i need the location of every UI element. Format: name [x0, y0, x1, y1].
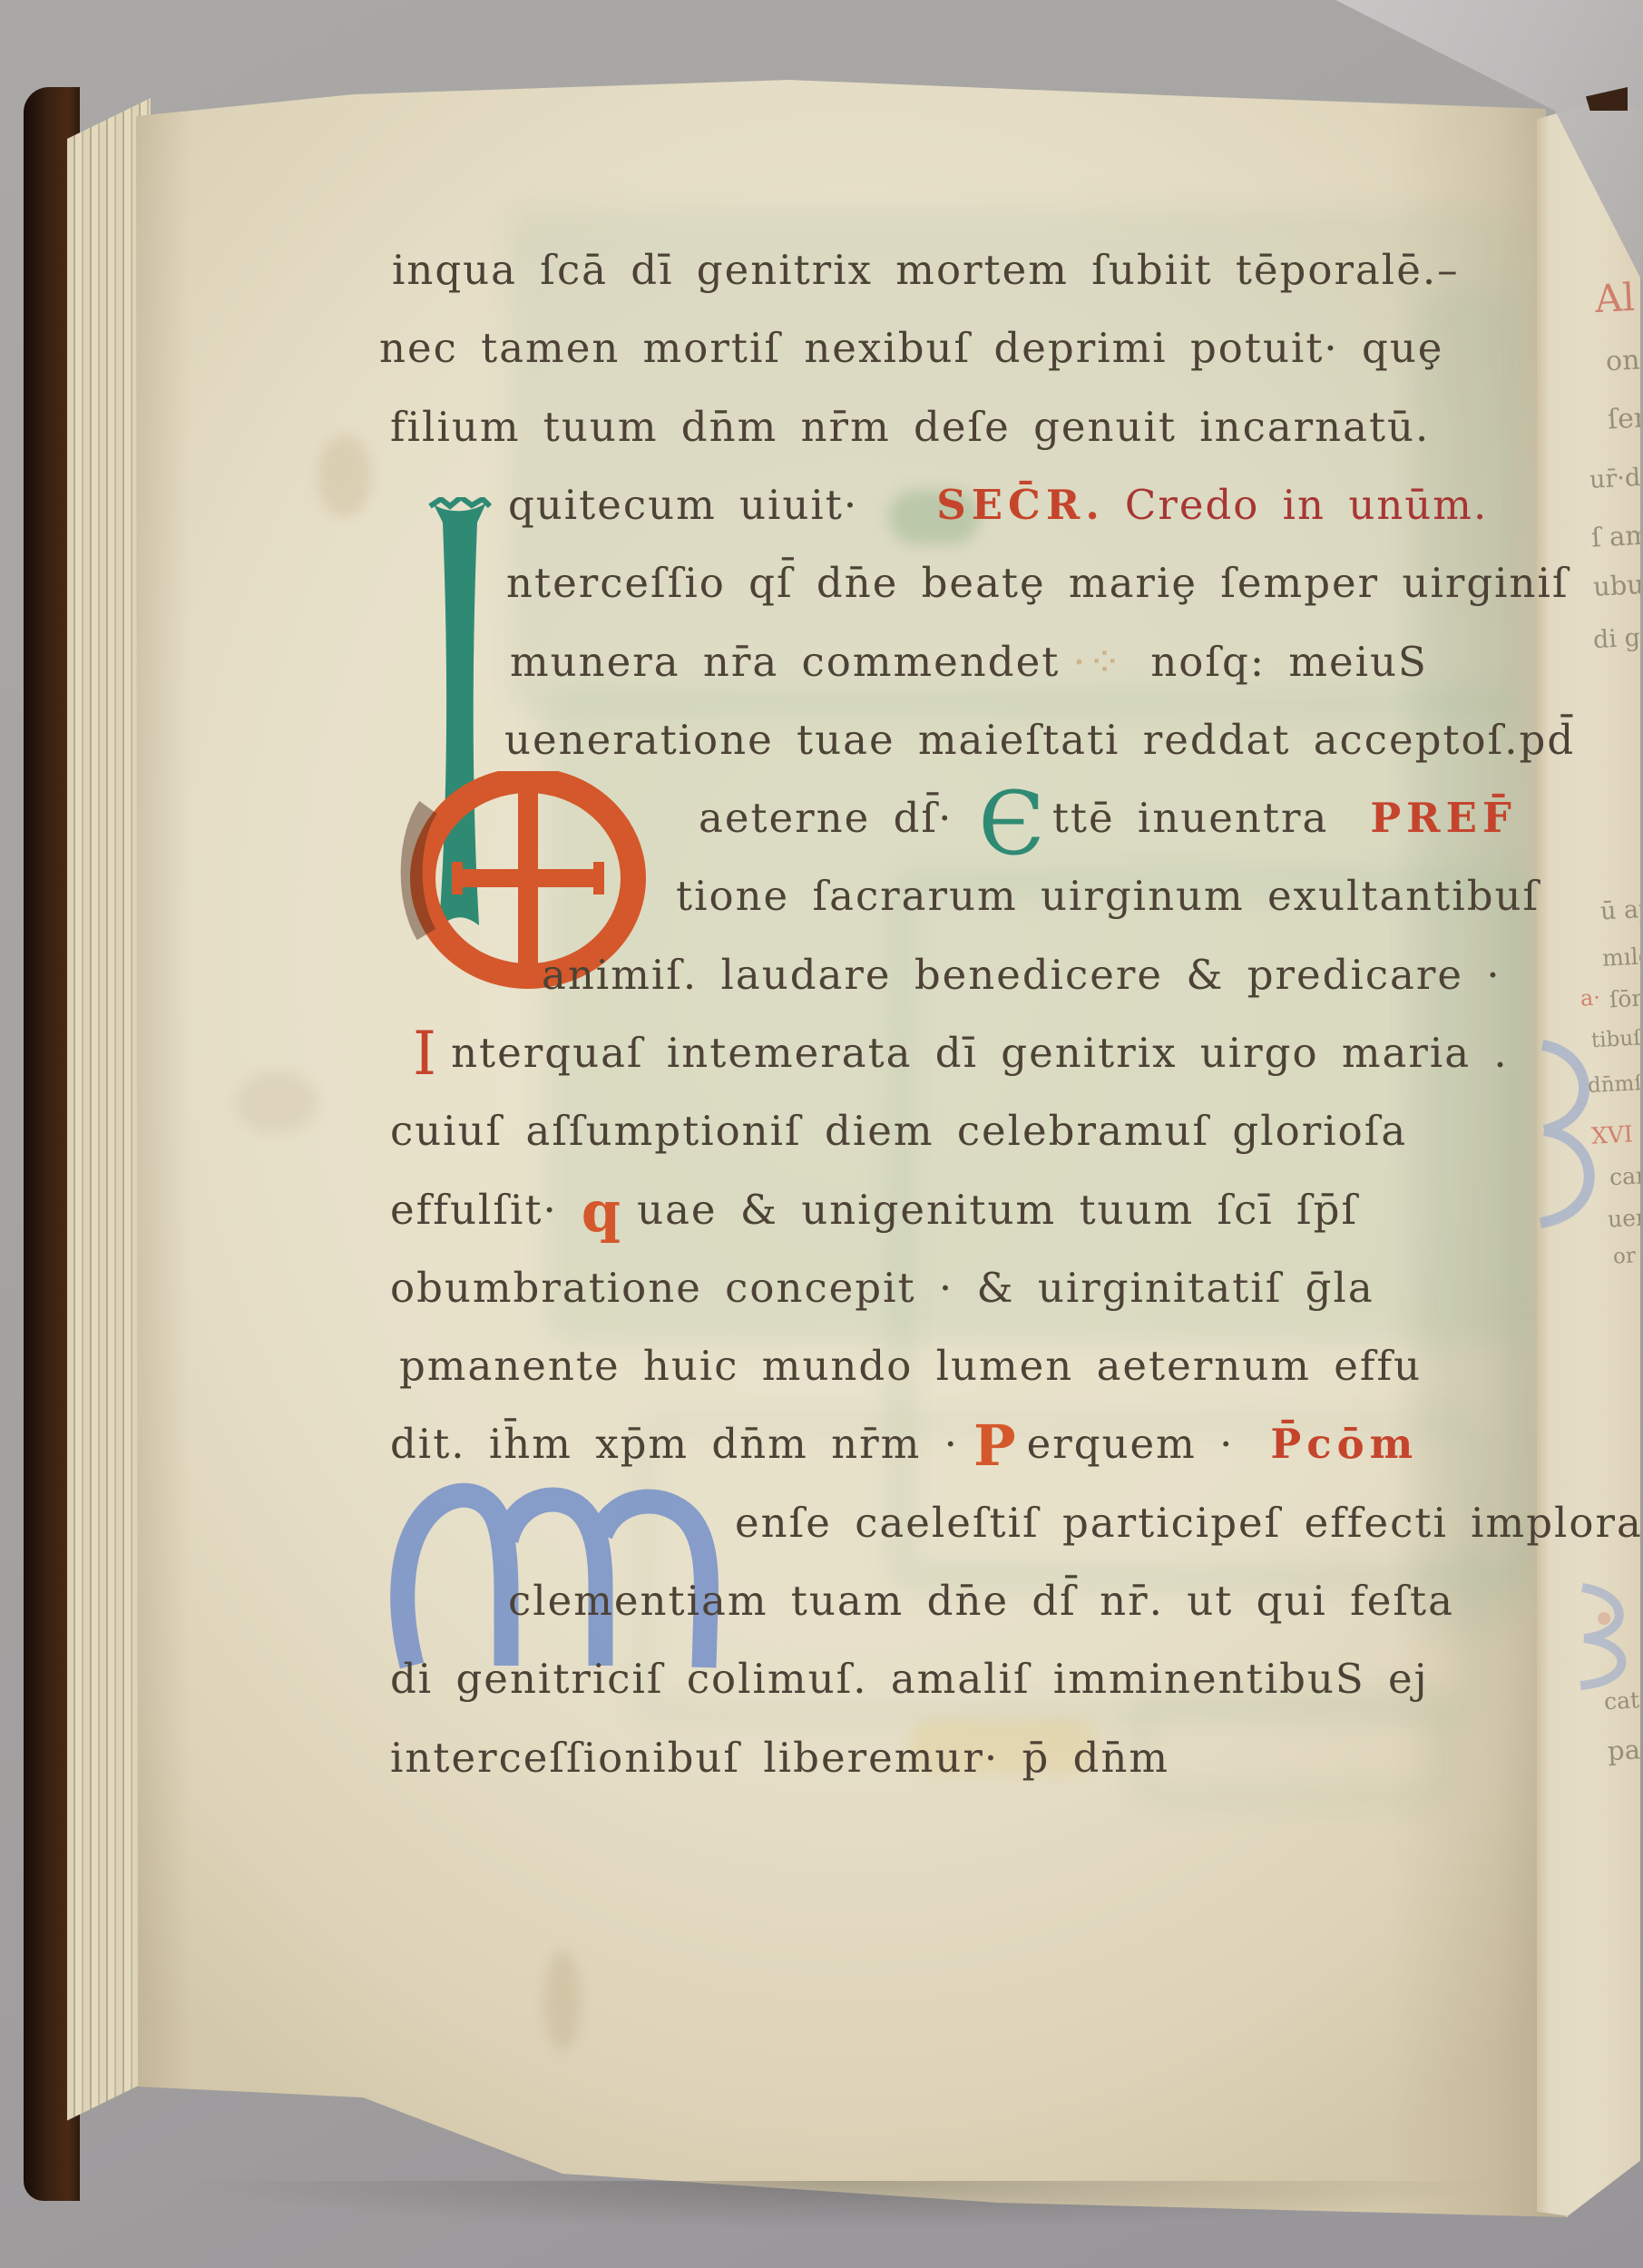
text-line: obumbratione concepit · & uirginitatiſ ḡ… — [390, 1261, 1374, 1315]
text-segment: nterquaſ intemerata dī genitrix uirgo ma… — [451, 1026, 1509, 1080]
text-block: inqua ſcā dī genitrix mortem ſubiit tēpo… — [0, 0, 1643, 2268]
text-segment: quitecum uiuit· — [508, 478, 858, 533]
text-line: enſe caeleſtiſ participeſ effecti implor… — [735, 1496, 1643, 1550]
text-line: inqua ſcā dī genitrix mortem ſubiit tēpo… — [392, 243, 1460, 298]
text-segment: munera nr̄a commendet — [510, 635, 1060, 689]
text-segment: nec tamen mortiſ nexibuſ deprimi potuit·… — [379, 321, 1443, 376]
text-segment: di genitriciſ colimuſ. amaliſ imminentib… — [390, 1652, 1429, 1706]
text-segment: SEC̄R. — [936, 478, 1105, 533]
text-line: quitecum uiuit·SEC̄R.Credo in unūm. — [508, 478, 1488, 533]
text-segment: clementiam tuam dn̄e dſ̄ nr̄. ut qui feſ… — [508, 1574, 1454, 1628]
text-segment: cuiuſ aſſumptioniſ diem celebramuſ glori… — [390, 1104, 1407, 1158]
text-line: nterceſſio qſ̄ dn̄e beatȩ mariȩ ſemper u… — [506, 556, 1570, 611]
text-line: pmanente huic mundo lumen aeternum effu — [399, 1339, 1422, 1393]
text-line: di genitriciſ colimuſ. amaliſ imminentib… — [390, 1652, 1429, 1706]
text-segment: obumbratione concepit · & uirginitatiſ ḡ… — [390, 1261, 1374, 1315]
text-line: ueneratione tuae maieſtati reddat accept… — [504, 713, 1575, 767]
text-line: animiſ. laudare benedicere & predicare · — [542, 948, 1501, 1002]
text-segment: nterceſſio qſ̄ dn̄e beatȩ mariȩ ſemper u… — [506, 556, 1570, 611]
text-line: tione ſacrarum uirginum exultantibuſ — [676, 869, 1540, 924]
text-segment: effulſit· — [390, 1183, 558, 1237]
text-segment: filium tuum dn̄m nr̄m deſe genuit incarn… — [390, 400, 1430, 455]
text-line: nec tamen mortiſ nexibuſ deprimi potuit·… — [379, 321, 1443, 376]
text-segment: uae & unigenitum tuum ſcī ſp̄ſ — [637, 1183, 1358, 1237]
text-segment: animiſ. laudare benedicere & predicare · — [542, 948, 1501, 1002]
text-segment: ttē inuentra — [1052, 791, 1329, 846]
book-bottom-shadow — [109, 2181, 1579, 2244]
text-segment: erquem · — [1027, 1417, 1235, 1471]
text-segment: dit. ih̄m xp̄m dn̄m nr̄m · — [390, 1417, 959, 1471]
text-segment: tione ſacrarum uirginum exultantibuſ — [676, 869, 1540, 924]
text-segment: inqua ſcā dī genitrix mortem ſubiit tēpo… — [392, 243, 1460, 298]
text-segment: Credo in unūm. — [1125, 478, 1488, 533]
text-segment: ueneratione tuae maieſtati reddat accept… — [504, 713, 1575, 767]
text-segment: ·⁘ — [1072, 635, 1123, 689]
text-segment: pmanente huic mundo lumen aeternum effu — [399, 1339, 1422, 1393]
text-line: cuiuſ aſſumptioniſ diem celebramuſ glori… — [390, 1104, 1407, 1158]
text-segment: PREF̄ — [1370, 791, 1516, 846]
manuscript-photo: Aloncſemur̄·deſ amubucdi genū apmılora·ſ… — [0, 0, 1643, 2268]
text-line: effulſit·quae & unigenitum tuum ſcī ſp̄ſ — [390, 1183, 1358, 1237]
text-segment: noſq: meiuS — [1150, 635, 1428, 689]
text-segment: interceſſionibuſ liberemur· p̄ dn̄m — [390, 1731, 1169, 1785]
text-segment: enſe caeleſtiſ participeſ effecti implor… — [735, 1496, 1643, 1550]
text-line: Interquaſ intemerata dī genitrix uirgo m… — [413, 1026, 1509, 1080]
text-segment: P̄cōm — [1270, 1417, 1418, 1471]
text-segment: aeterne dſ̄· — [699, 791, 953, 846]
text-line: munera nr̄a commendet·⁘noſq: meiuS — [510, 635, 1428, 689]
text-line: filium tuum dn̄m nr̄m deſe genuit incarn… — [390, 400, 1430, 455]
text-line: interceſſionibuſ liberemur· p̄ dn̄m — [390, 1731, 1169, 1785]
text-line: dit. ih̄m xp̄m dn̄m nr̄m ·Perquem ·P̄cōm — [390, 1417, 1418, 1471]
text-line: aeterne dſ̄·Єttē inuentraPREF̄ — [699, 791, 1517, 846]
text-line: clementiam tuam dn̄e dſ̄ nr̄. ut qui feſ… — [508, 1574, 1454, 1628]
